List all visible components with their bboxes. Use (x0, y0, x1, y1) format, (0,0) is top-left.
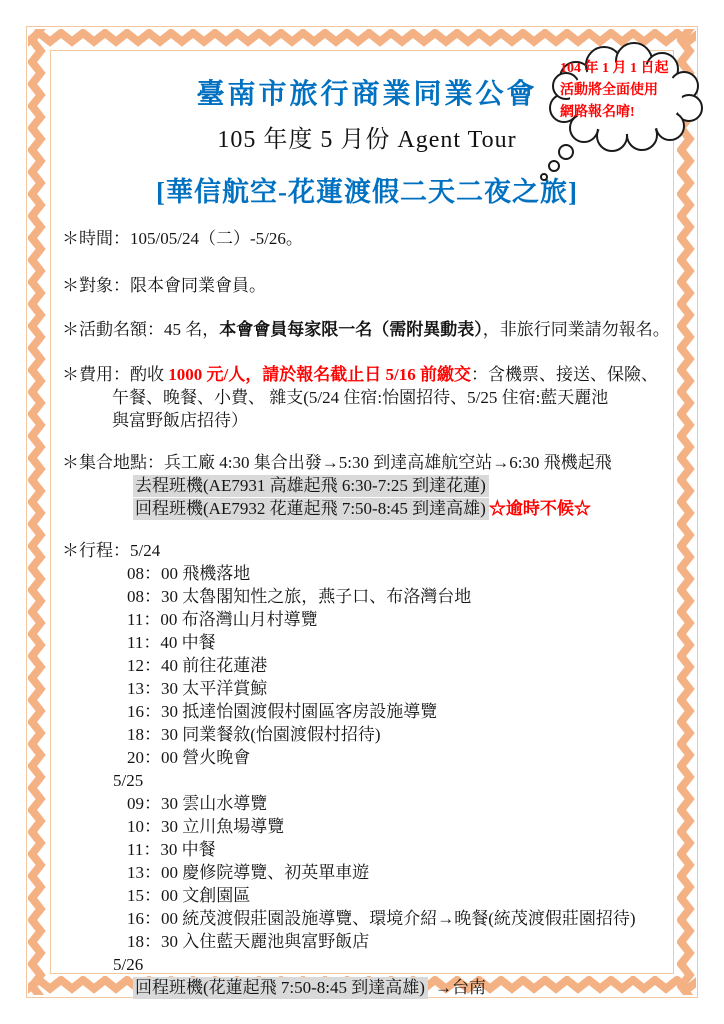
fee-line-1: ＊費用：酌收 1000 元/人，請於報名截止日 5/16 前繳交：含機票、接送、… (62, 363, 672, 386)
itinerary-item: 15：00 文創園區 (127, 884, 672, 907)
fee-tail: ：含機票、接送、保險、 (471, 365, 658, 384)
itinerary-item: 16：00 統茂渡假莊園設施導覽、環境介紹→晚餐(統茂渡假莊園招待) (127, 907, 672, 930)
itinerary-item: 20：00 營火晚會 (127, 746, 672, 769)
quota-bold: 本會會員每家限一名（需附異動表） (219, 320, 483, 339)
thought-bubble: 104 年 1 月 1 日起 活動將全面使用 網路報名唷! (534, 34, 712, 196)
itinerary-item: 08：00 飛機落地 (127, 562, 672, 585)
itinerary-item: 12：40 前往花蓮港 (127, 654, 672, 677)
itinerary-item: 16：30 抵達怡園渡假村園區客房設施導覽 (127, 700, 672, 723)
flyer-page: 104 年 1 月 1 日起 活動將全面使用 網路報名唷! 臺南市旅行商業同業公… (0, 0, 724, 1024)
itinerary-item: 08：30 太魯閣知性之旅，燕子口、布洛灣台地 (127, 585, 672, 608)
itinerary-item: 11：40 中餐 (127, 631, 672, 654)
return-flight-line: 回程班機(AE7932 花蓮起飛 7:50-8:45 到達高雄)☆逾時不候☆ (133, 497, 672, 520)
meeting-line: ＊集合地點：兵工廠 4:30 集合出發→5:30 到達高雄航空站→6:30 飛機… (62, 451, 672, 474)
itinerary-lead: ＊行程： (62, 541, 130, 560)
itinerary-item: 18：30 入住藍天麗池與富野飯店 (127, 930, 672, 953)
day3-label: 5/26 (113, 953, 672, 976)
bubble-line: 104 年 1 月 1 日起 (560, 58, 696, 80)
itinerary-item: 11：30 中餐 (127, 838, 672, 861)
zigzag-border-left (28, 29, 47, 995)
time-line: ＊時間：105/05/24（二）-5/26。 (62, 227, 672, 250)
bubble-line: 活動將全面使用 (560, 80, 696, 102)
day2-label: 5/25 (113, 769, 672, 792)
day3-destination: →台南 (428, 978, 486, 997)
quota-line: ＊活動名額：45 名，本會會員每家限一名（需附異動表），非旅行同業請勿報名。 (62, 318, 672, 341)
itinerary-item: 09：30 雲山水導覽 (127, 792, 672, 815)
bubble-text: 104 年 1 月 1 日起 活動將全面使用 網路報名唷! (560, 58, 696, 124)
audience-line: ＊對象：限本會同業會員。 (62, 274, 672, 297)
quota-tail: ，非旅行同業請勿報名。 (483, 320, 670, 339)
fee-amount-deadline: 1000 元/人，請於報名截止日 5/16 前繳交 (168, 365, 471, 384)
outbound-flight-highlight: 去程班機(AE7931 高雄起飛 6:30-7:25 到達花蓮) (133, 475, 489, 497)
quota-lead: ＊活動名額：45 名， (62, 320, 219, 339)
bubble-line: 網路報名唷! (560, 102, 696, 124)
day1-items: 08：00 飛機落地08：30 太魯閣知性之旅，燕子口、布洛灣台地11：00 布… (62, 562, 672, 769)
day3-flight-line: 回程班機(花蓮起飛 7:50-8:45 到達高雄)→台南 (133, 976, 672, 999)
day2-items: 09：30 雲山水導覽10：30 立川魚場導覽11：30 中餐13：00 慶修院… (62, 792, 672, 953)
outbound-flight-line: 去程班機(AE7931 高雄起飛 6:30-7:25 到達花蓮) (133, 474, 672, 497)
itinerary-item: 10：30 立川魚場導覽 (127, 815, 672, 838)
itinerary-header: ＊行程：5/24 (62, 539, 672, 562)
fee-lead: ＊費用：酌收 (62, 365, 168, 384)
itinerary-item: 13：00 慶修院導覽、初英單車遊 (127, 861, 672, 884)
return-flight-highlight: 回程班機(AE7932 花蓮起飛 7:50-8:45 到達高雄) (133, 498, 489, 520)
fee-line-3: 與富野飯店招待） (112, 409, 672, 432)
day3-flight-highlight: 回程班機(花蓮起飛 7:50-8:45 到達高雄) (133, 977, 428, 999)
late-warning: ☆逾時不候☆ (489, 499, 591, 518)
itinerary-item: 11：00 布洛灣山月村導覽 (127, 608, 672, 631)
day1-label: 5/24 (130, 541, 160, 560)
itinerary-item: 18：30 同業餐敘(怡園渡假村招待) (127, 723, 672, 746)
fee-line-2: 午餐、晚餐、小費、 雜支(5/24 住宿:怡園招待、5/25 住宿:藍天麗池 (112, 386, 672, 409)
itinerary-item: 13：30 太平洋賞鯨 (127, 677, 672, 700)
